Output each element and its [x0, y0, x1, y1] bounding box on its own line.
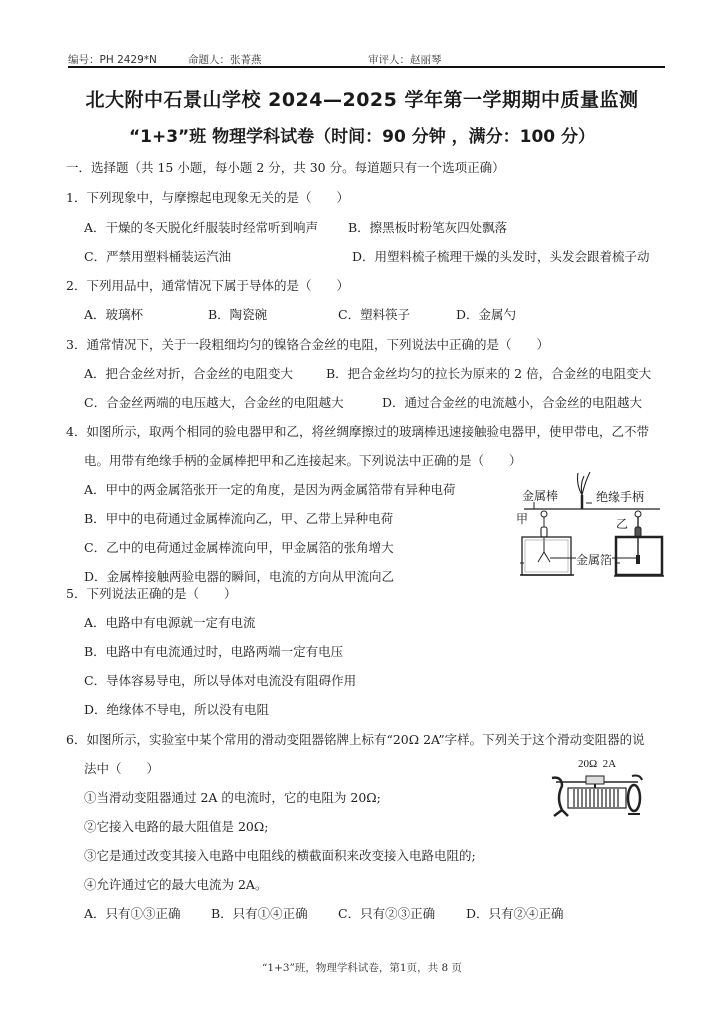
- page-subtitle: “1+3”班 物理学科试卷（时间：90 分钟 ，满分：100 分）: [0, 122, 724, 147]
- question-stem: 4．如图所示，取两个相同的验电器甲和乙，将丝绸摩擦过的玻璃棒迅速接触验电器甲，使…: [66, 422, 649, 440]
- header-divider: [68, 66, 665, 68]
- option-b: B．只有①④正确: [211, 904, 308, 922]
- label-metal-rod: 金属棒: [522, 487, 558, 504]
- option-d: D．通过合金丝的电流越小，合金丝的电阻越大: [382, 393, 642, 411]
- question-stem-cont: 法中（ ）: [84, 759, 159, 777]
- exam-reviewer: 审评人：赵丽琴: [368, 52, 442, 67]
- question-stem-cont: 电。用带有绝缘手柄的金属棒把甲和乙连接起来。下列说法中正确的是（ ）: [84, 451, 522, 469]
- option-a: A．甲中的两金属箔张开一定的角度，是因为两金属箔带有异种电荷: [84, 480, 456, 498]
- option-d: D．只有②④正确: [466, 904, 564, 922]
- electroscope-figure: 金属棒 绝缘手柄 甲 乙 金属箔: [510, 470, 670, 585]
- option-b: B．电路中有电流通过时，电路两端一定有电压: [84, 642, 343, 660]
- label-yi: 乙: [616, 515, 628, 532]
- rheostat-figure: 20Ω 2A: [548, 758, 648, 818]
- question-stem: 3．通常情况下，关于一段粗细均匀的镍铬合金丝的电阻，下列说法中正确的是（ ）: [66, 335, 549, 353]
- exam-author: 命题人：张菁燕: [188, 52, 262, 67]
- page-footer: “1+3”班，物理学科试卷，第1页，共 8 页: [0, 960, 724, 975]
- section-heading: 一．选择题（共 15 小题，每小题 2 分，共 30 分。每道题只有一个选项正确…: [66, 158, 505, 176]
- option-a: A．把合金丝对折，合金丝的电阻变大: [84, 364, 293, 382]
- question-stem: 6．如图所示，实验室中某个常用的滑动变阻器铭牌上标有“20Ω 2A”字样。下列关…: [66, 730, 645, 748]
- question-stem: 2．下列用品中，通常情况下属于导体的是（ ）: [66, 276, 349, 294]
- option-d: D．绝缘体不导电，所以没有电阻: [84, 700, 269, 718]
- rheostat-icon: [548, 772, 648, 818]
- question-stem: 5．下列说法正确的是（ ）: [66, 584, 236, 602]
- label-metal-foil: 金属箔: [576, 551, 612, 568]
- option-c: C．合金丝两端的电压越大，合金丝的电阻越大: [84, 393, 344, 411]
- option-d: D．金属勺: [456, 305, 516, 323]
- statement-3: ③它是通过改变其接入电路中电阻线的横截面积来改变接入电路电阻的;: [84, 846, 476, 864]
- option-c: C．乙中的电荷通过金属棒流向甲，甲金属箔的张角增大: [84, 538, 394, 556]
- question-stem: 1．下列现象中，与摩擦起电现象无关的是（ ）: [66, 188, 349, 206]
- option-c: C．塑料筷子: [338, 305, 410, 323]
- option-c: C．只有②③正确: [338, 904, 435, 922]
- label-insulated-handle: 绝缘手柄: [596, 488, 644, 505]
- option-a: A．只有①③正确: [84, 904, 181, 922]
- option-b: B．甲中的电荷通过金属棒流向乙，甲、乙带上异种电荷: [84, 509, 393, 527]
- option-a: A．干燥的冬天脱化纤服装时经常听到响声: [84, 218, 318, 236]
- statement-2: ②它接入电路的最大阻值是 20Ω;: [84, 817, 268, 835]
- page-title: 北大附中石景山学校 2024—2025 学年第一学期期中质量监测: [0, 85, 724, 112]
- option-a: A．电路中有电源就一定有电流: [84, 613, 256, 631]
- option-c: C．严禁用塑料桶装运汽油: [84, 247, 231, 265]
- option-b: B．擦黑板时粉笔灰四处飘落: [348, 218, 507, 236]
- option-d: D．金属棒接触两验电器的瞬间，电流的方向从甲流向乙: [84, 567, 394, 585]
- option-a: A．玻璃杯: [84, 305, 143, 323]
- exam-code: 编号：PH 2429*N: [68, 52, 157, 67]
- option-b: B．陶瓷碗: [208, 305, 267, 323]
- rheostat-nameplate: 20Ω 2A: [578, 758, 616, 770]
- statement-4: ④允许通过它的最大电流为 2A。: [84, 875, 267, 893]
- option-b: B．把合金丝均匀的拉长为原来的 2 倍，合金丝的电阻变大: [326, 364, 651, 382]
- option-c: C．导体容易导电，所以导体对电流没有阻碍作用: [84, 671, 356, 689]
- option-d: D．用塑料梳子梳理干燥的头发时，头发会跟着梳子动: [352, 247, 650, 265]
- label-jia: 甲: [516, 510, 528, 527]
- statement-1: ①当滑动变阻器通过 2A 的电流时，它的电阻为 20Ω;: [84, 788, 381, 806]
